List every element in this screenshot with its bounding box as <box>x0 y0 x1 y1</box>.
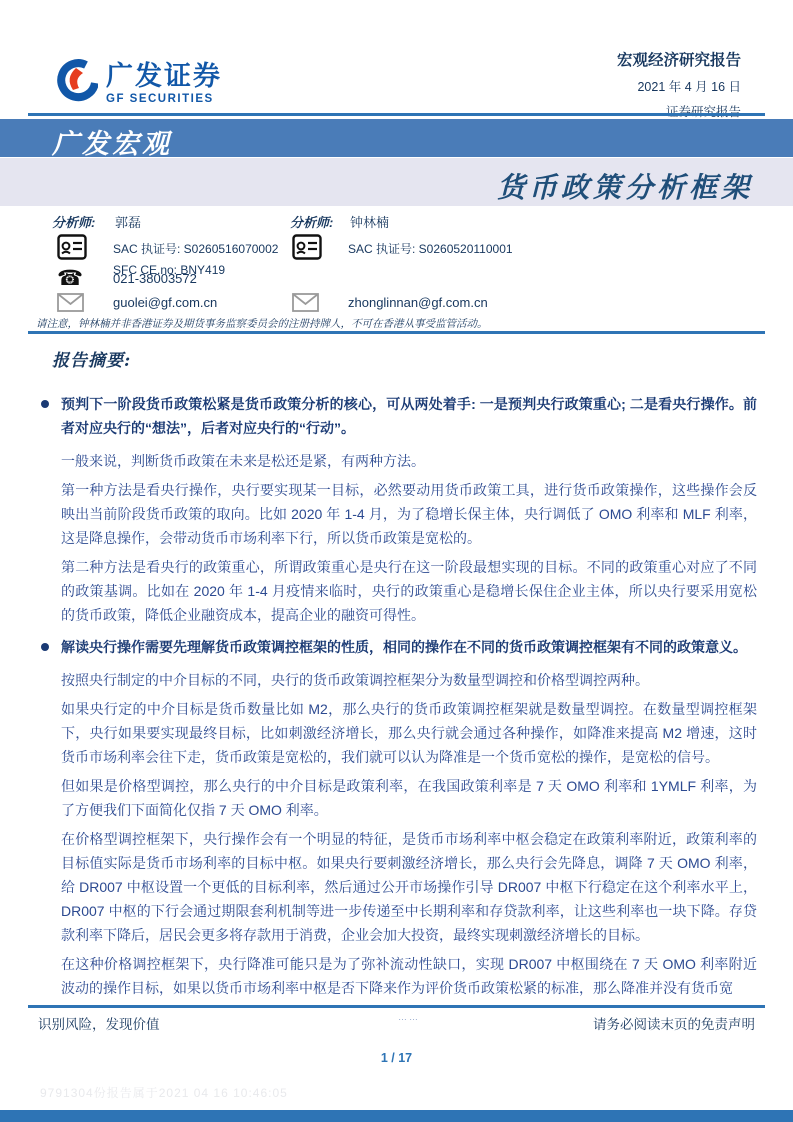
envelope-icon <box>57 293 84 317</box>
analyst-label-2: 分析师: <box>290 212 333 231</box>
bullet-dot <box>41 643 49 651</box>
summary-paragraph: 在价格型调控框架下，央行操作会有一个明显的特征，是货币市场利率中枢会稳定在政策利… <box>61 827 757 947</box>
sac-number-1: SAC 执证号: S0260516070002 <box>113 240 278 257</box>
email-address-2[interactable]: zhonglinnan@gf.com.cn <box>348 295 488 310</box>
header-divider <box>28 113 765 116</box>
summary-paragraph: 一般来说，判断货币政策在未来是松还是紧，有两种方法。 <box>61 449 757 473</box>
footer-slogan: 识别风险，发现价值 <box>38 1013 160 1033</box>
certificate-icon <box>292 234 322 265</box>
logo-cn: 广发证券 <box>106 62 222 90</box>
summary-paragraph: 如果央行定的中介目标是货币数量比如 M2，那么央行的货币政策调控框架就是数量型调… <box>61 697 757 769</box>
email-address-1[interactable]: guolei@gf.com.cn <box>113 295 217 310</box>
title-band: 货币政策分析框架 <box>0 158 793 206</box>
series-title: 广发宏观 <box>52 122 172 161</box>
phone-icon: ☎ <box>57 268 83 289</box>
summary-paragraph: 在这种价格调控框架下，央行降准可能只是为了弥补流动性缺口，实现 DR007 中枢… <box>61 952 757 1000</box>
envelope-icon <box>292 293 319 317</box>
phone-number: 021-38003572 <box>113 271 197 286</box>
summary-bullet-text: 预判下一阶段货币政策松紧是货币政策分析的核心，可从两处着手: 一是预判央行政策重… <box>61 396 757 436</box>
gf-logo: 广发证券 GF SECURITIES <box>52 58 222 109</box>
summary-paragraph: 按照央行制定的中介目标的不同，央行的货币政策调控框架分为数量型调控和价格型调控两… <box>61 668 757 692</box>
report-title: 货币政策分析框架 <box>497 166 753 206</box>
summary-paragraph: 第二种方法是看央行的政策重心，所谓政策重心是央行在这一阶段最想实现的目标。不同的… <box>61 555 757 627</box>
footer: 识别风险，发现价值 请务必阅读末页的免责声明 <box>38 1013 755 1033</box>
summary-heading: 报告摘要: <box>52 346 131 371</box>
hk-license-notice: 请注意，钟林楠并非香港证券及期货事务监察委员会的注册持牌人，不可在香港从事受监管… <box>36 316 488 331</box>
report-date: 2021 年 4 月 16 日 <box>617 77 741 95</box>
watermark: 9791304份报告属于2021 04 16 10:46:05 <box>40 1084 288 1101</box>
analyst-divider <box>28 331 765 334</box>
analyst-label-1: 分析师: <box>52 212 95 231</box>
analyst-name-1: 郭磊 <box>115 212 141 231</box>
report-type: 宏观经济研究报告 <box>617 48 741 70</box>
page-number: 1 / 17 <box>0 1051 793 1065</box>
analyst-name-2: 钟林楠 <box>350 212 389 231</box>
bullet-dot <box>41 400 49 408</box>
gf-logo-icon <box>52 58 98 109</box>
summary-bullet: 预判下一阶段货币政策松紧是货币政策分析的核心，可从两处着手: 一是预判央行政策重… <box>61 392 757 440</box>
summary-body: 预判下一阶段货币政策松紧是货币政策分析的核心，可从两处着手: 一是预判央行政策重… <box>61 384 757 1029</box>
logo-en: GF SECURITIES <box>106 93 222 105</box>
summary-bullet-text: 解读央行操作需要先理解货币政策调控框架的性质，相同的操作在不同的货币政策调控框架… <box>61 639 747 655</box>
report-page: 广发证券 GF SECURITIES 宏观经济研究报告 2021 年 4 月 1… <box>0 0 793 1122</box>
header-meta: 宏观经济研究报告 2021 年 4 月 16 日 证券研究报告 <box>617 48 741 120</box>
series-banner: 广发宏观 <box>0 119 793 157</box>
summary-bullet: 解读央行操作需要先理解货币政策调控框架的性质，相同的操作在不同的货币政策调控框架… <box>61 635 757 659</box>
report-category: 证券研究报告 <box>617 102 741 120</box>
certificate-icon <box>57 234 87 265</box>
footer-divider <box>28 1005 765 1008</box>
summary-paragraph: 第一种方法是看央行操作，央行要实现某一目标，必然要动用货币政策工具，进行货币政策… <box>61 478 757 550</box>
footer-disclaimer: 请务必阅读末页的免责声明 <box>593 1013 755 1033</box>
summary-paragraph: 但如果是价格型调控，那么央行的中介目标是政策利率，在我国政策利率是 7 天 OM… <box>61 774 757 822</box>
page-bottom-bar <box>0 1110 793 1122</box>
sac-number-2: SAC 执证号: S0260520110001 <box>348 240 513 257</box>
